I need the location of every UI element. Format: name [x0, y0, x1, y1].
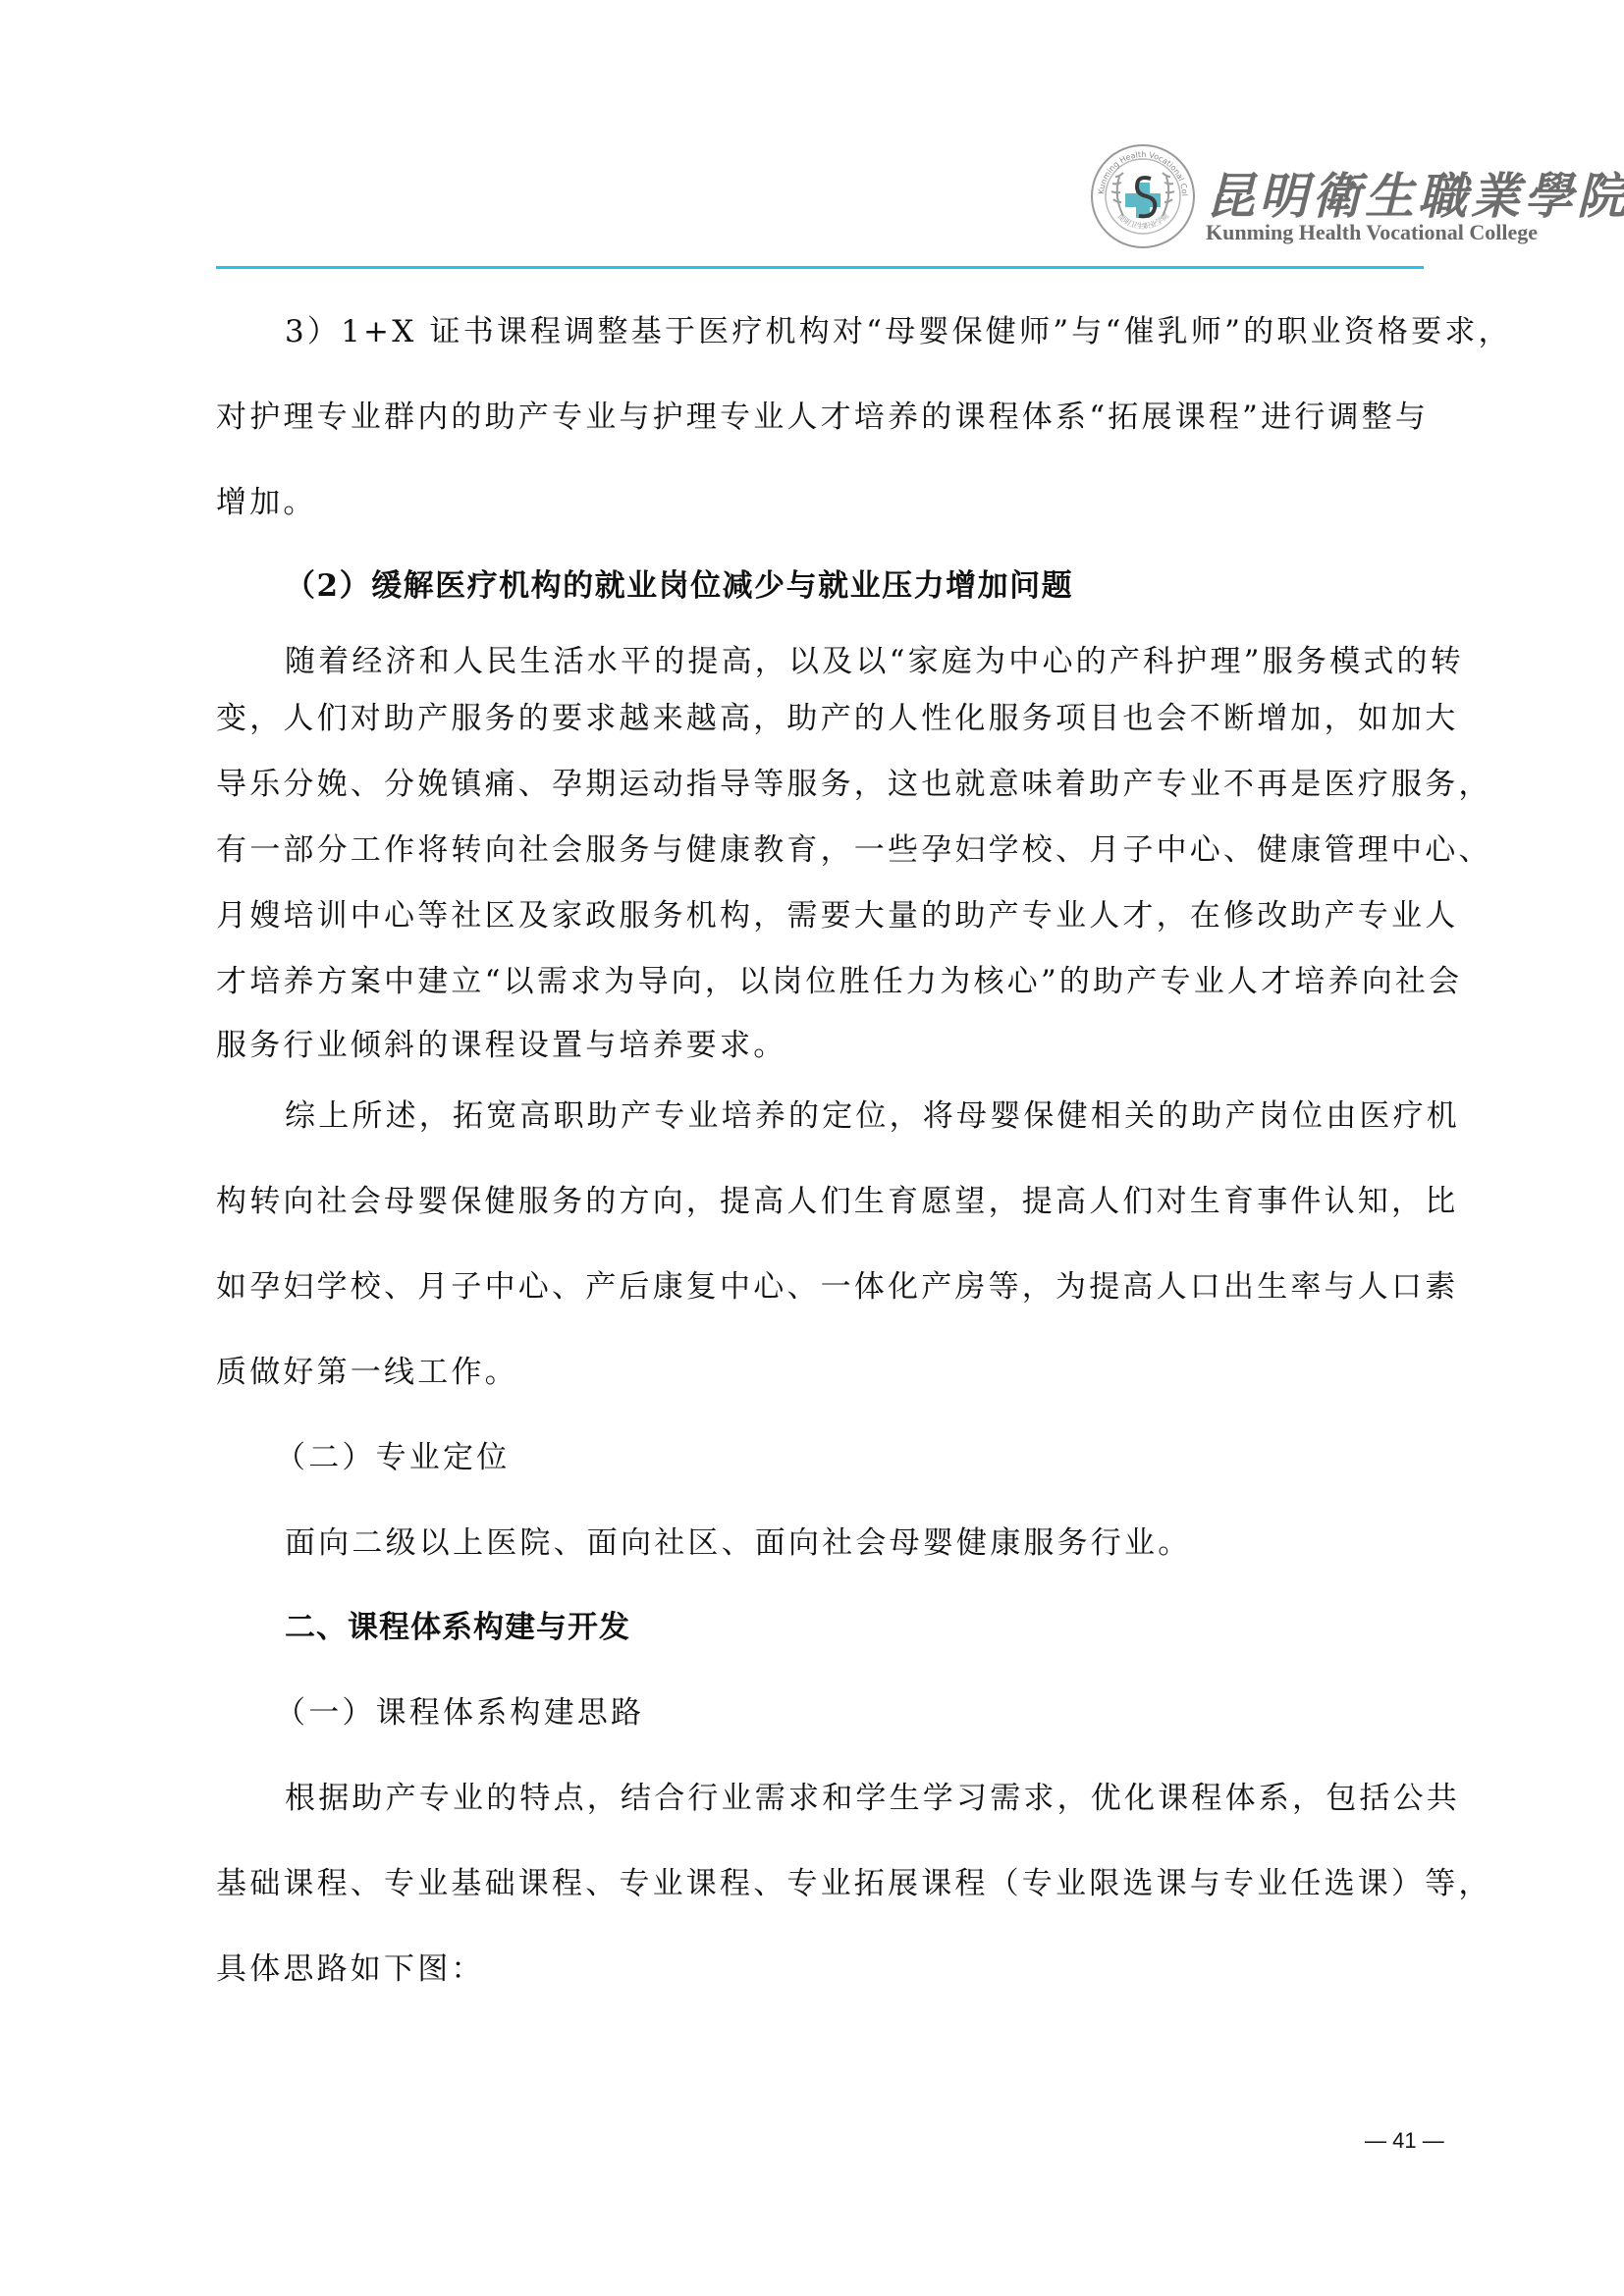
section-heading: 二、课程体系构建与开发	[285, 1608, 1502, 1647]
header-divider	[216, 266, 1424, 269]
seal-emblem-icon: Kunming Health Vocational College 昆明卫生职业…	[1090, 143, 1196, 249]
paragraph-line: 基础课程、专业基础课程、专业课程、专业拓展课程（专业限选课与专业任选课）等，	[216, 1864, 1434, 1903]
college-name-english: Kunming Health Vocational College	[1206, 220, 1538, 245]
paragraph-line: 变，人们对助产服务的要求越来越高，助产的人性化服务项目也会不断增加，如加大	[216, 699, 1434, 738]
paragraph-line: 具体思路如下图：	[216, 1949, 1434, 1989]
subsection-heading: （一）课程体系构建思路	[275, 1693, 1492, 1733]
college-seal-logo: Kunming Health Vocational College 昆明卫生职业…	[1090, 143, 1196, 249]
college-name-calligraphy: 昆明衛生職業學院	[1206, 157, 1624, 228]
paragraph-line: 面向二级以上医院、面向社区、面向社会母婴健康服务行业。	[285, 1523, 1502, 1563]
paragraph-line: 根据助产专业的特点，结合行业需求和学生学习需求，优化课程体系，包括公共	[285, 1779, 1502, 1818]
paragraph-line: 月嫂培训中心等社区及家政服务机构，需要大量的助产专业人才，在修改助产专业人	[216, 896, 1434, 935]
paragraph-line: 综上所述，拓宽高职助产专业培养的定位，将母婴保健相关的助产岗位由医疗机	[285, 1096, 1502, 1136]
paragraph-line: 服务行业倾斜的课程设置与培养要求。	[216, 1026, 1434, 1065]
paragraph-line: 3）1+X 证书课程调整基于医疗机构对“母婴保健师”与“催乳师”的职业资格要求，	[285, 312, 1502, 351]
page-number: — 41 —	[1365, 2128, 1444, 2154]
paragraph-line: 导乐分娩、分娩镇痛、孕期运动指导等服务，这也就意味着助产专业不再是医疗服务，	[216, 765, 1434, 804]
paragraph-line: 随着经济和人民生活水平的提高，以及以“家庭为中心的产科护理”服务模式的转	[285, 642, 1502, 681]
paragraph-line: 如孕妇学校、月子中心、产后康复中心、一体化产房等，为提高人口出生率与人口素	[216, 1267, 1434, 1307]
paragraph-line: 才培养方案中建立“以需求为导向，以岗位胜任力为核心”的助产专业人才培养向社会	[216, 962, 1434, 1001]
subsection-heading: （2）缓解医疗机构的就业岗位减少与就业压力增加问题	[285, 566, 1502, 606]
subsection-heading: （二）专业定位	[275, 1438, 1492, 1477]
paragraph-line: 质做好第一线工作。	[216, 1353, 1434, 1392]
paragraph-line: 构转向社会母婴保健服务的方向，提高人们生育愿望，提高人们对生育事件认知，比	[216, 1182, 1434, 1221]
paragraph-line: 对护理专业群内的助产专业与护理专业人才培养的课程体系“拓展课程”进行调整与	[216, 398, 1434, 437]
paragraph-line: 增加。	[216, 483, 1434, 522]
paragraph-line: 有一部分工作将转向社会服务与健康教育，一些孕妇学校、月子中心、健康管理中心、	[216, 830, 1434, 870]
